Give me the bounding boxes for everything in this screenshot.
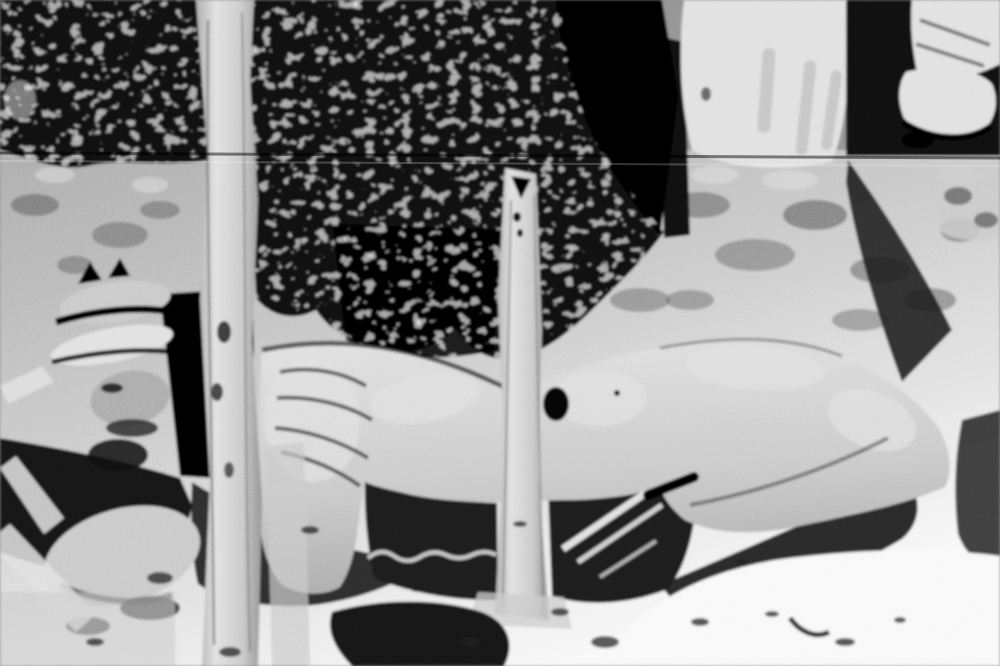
historical-photograph: Grainy black-and-white archival photogra… [0, 0, 1000, 666]
film-grain-overlay [0, 0, 1000, 666]
photo-canvas [0, 0, 1000, 666]
